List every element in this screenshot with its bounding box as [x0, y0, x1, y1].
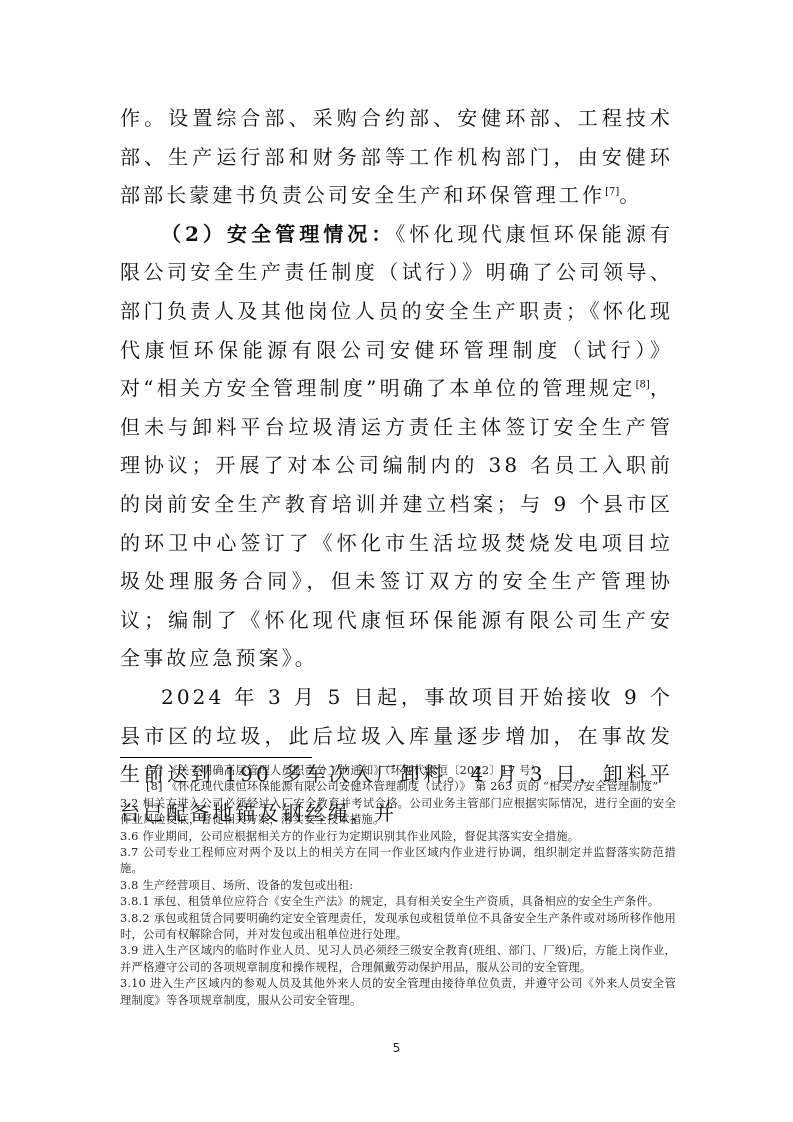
- document-page: 作。设置综合部、采购合约部、安健环部、工程技术部、生产运行部和财务部等工作机构部…: [0, 0, 793, 1122]
- footnote-clause-3-2: 3.2 相关方进入公司必须经过入厂安全教育并考试合格。公司业务主管部门应根据实际…: [120, 796, 676, 829]
- footnote-clause-3-10: 3.10 进入生产区域内的参观人员及其他外来人员的安全管理由接待单位负责，并遵守…: [120, 976, 676, 1009]
- footnote-clause-3-8-2: 3.8.2 承包或租赁合同要明确约定安全管理责任，发现承包或租赁单位不具备安全生…: [120, 911, 676, 944]
- footnote-clause-3-6: 3.6 作业期间，公司应根据相关方的作业行为定期识别其作业风险，督促其落实安全措…: [120, 829, 676, 845]
- footnote-clause-3-9: 3.9 进入生产区域内的临时作业人员、见习人员必须经三级安全教育(班组、部门、厂…: [120, 943, 676, 976]
- footnote-ref-8[interactable]: [8]: [636, 380, 650, 391]
- paragraph-text: 作。设置综合部、采购合约部、安健环部、工程技术部、生产运行部和财务部等工作机构部…: [120, 106, 673, 207]
- footnote-7: [7] 《关于明确高层管理人员职责分工的通知》（环现代康恒〔2022〕17 号）: [120, 763, 676, 779]
- paragraph-organization: 作。设置综合部、采购合约部、安健环部、工程技术部、生产运行部和财务部等工作机构部…: [120, 99, 673, 215]
- paragraph-safety-management: （2）安全管理情况：《怀化现代康恒环保能源有限公司安全生产责任制度（试行）》明确…: [120, 215, 673, 678]
- paragraph-text-end: 。: [619, 183, 642, 207]
- page-number: 5: [0, 1041, 793, 1055]
- footnote-clause-3-8-1: 3.8.1 承包、租赁单位应符合《安全生产法》的规定，具有相关安全生产资质，具备…: [120, 894, 676, 910]
- footnote-separator: [120, 757, 312, 758]
- footnote-8: [8] 《怀化现代康恒环保能源有限公司安健环管理制度（试行）》 第 263 页的…: [120, 779, 676, 795]
- footnote-ref-7[interactable]: [7]: [605, 187, 619, 198]
- paragraph-text: 《怀化现代康恒环保能源有限公司安全生产责任制度（试行）》明确了公司领导、部门负责…: [120, 222, 673, 400]
- footnote-clause-3-7: 3.7 公司专业工程师应对两个及以上的相关方在同一作业区域内作业进行协调，组织制…: [120, 845, 676, 878]
- body-text: 作。设置综合部、采购合约部、安健环部、工程技术部、生产运行部和财务部等工作机构部…: [120, 99, 673, 832]
- footnote-clause-3-8: 3.8 生产经营项目、场所、设备的发包或出租:: [120, 878, 676, 894]
- section-heading: （2）安全管理情况：: [161, 222, 395, 246]
- footnotes: [7] 《关于明确高层管理人员职责分工的通知》（环现代康恒〔2022〕17 号）…: [120, 763, 676, 1009]
- paragraph-text-end: ，但未与卸料平台垃圾清运方责任主体签订安全生产管理协议；开展了对本公司编制内的 …: [120, 376, 673, 670]
